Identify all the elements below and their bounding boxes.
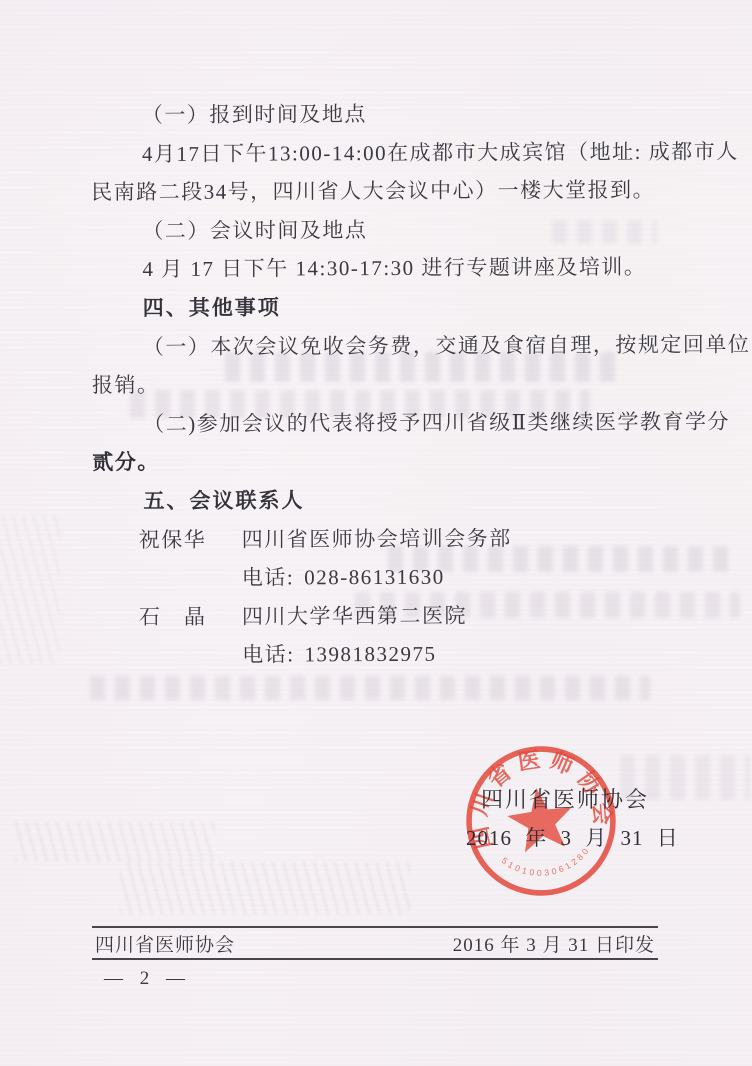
contact-row: 祝保华四川省医师协会培训会务部 [93,518,665,559]
phone-number: 028-86131630 [304,565,445,590]
document-footer: 四川省医师协会 2016 年 3 月 31 日印发 — 2 — [92,926,658,990]
pencil-mark-artifact [120,862,410,914]
pencil-mark-artifact [15,822,215,862]
doc-line-8: 报销。 [92,364,664,405]
pencil-mark-artifact [0,515,60,665]
contact-name: 祝保华 [139,520,242,559]
footer-issuer: 四川省医师协会 [95,930,235,957]
signature-organization: 四川省医师协会 [481,783,649,814]
scanned-document-page: （一）报到时间及地点 4月17日下午13:00-14:00在成都市大成宾馆（地址… [0,0,752,1066]
doc-line-5: 4 月 17 日下午 14:30-17:30 进行专题讲座及培训。 [91,248,663,289]
doc-line-10: 贰分。 [92,441,664,482]
section-heading-contacts: 五、会议联系人 [92,480,664,521]
document-body: （一）报到时间及地点 4月17日下午13:00-14:00在成都市大成宾馆（地址… [91,94,666,675]
doc-line-2: 4月17日下午13:00-14:00在成都市大成宾馆（地址: 成都市人 [91,132,663,173]
phone-label: 电话: [242,643,294,667]
doc-line-4: （二）会议时间及地点 [91,210,663,251]
contact-org: 四川大学华西第二医院 [242,603,467,628]
bleed-through-artifact [90,676,650,700]
footer-rule-bottom [92,958,658,960]
doc-line-9: （二)参加会议的代表将授予四川省级Ⅱ类继续医学教育学分 [92,403,664,444]
signature-date: 2016 年 3 月 31 日 [466,822,679,852]
contact-phone-row: 电话:13981832975 [93,634,665,675]
official-seal: 四川省医师协会 5101003061280 [452,732,630,910]
contact-org: 四川省医师协会培训会务部 [242,526,512,551]
doc-line-1: （一）报到时间及地点 [91,94,663,135]
page-number: — 2 — [104,968,658,990]
phone-label: 电话: [242,565,294,589]
contact-name: 石 晶 [139,597,242,636]
section-heading-other-matters: 四、其他事项 [92,287,664,328]
contact-phone-row: 电话:028-86131630 [93,557,665,598]
doc-line-7: （一）本次会议免收会务费，交通及食宿自理，按规定回单位 [92,325,664,366]
doc-line-3: 民南路二段34号，四川省人大会议中心）一楼大堂报到。 [91,171,663,212]
footer-issue-date: 2016 年 3 月 31 日印发 [453,930,655,957]
contact-row: 石 晶四川大学华西第二医院 [93,595,665,636]
phone-number: 13981832975 [304,642,436,667]
